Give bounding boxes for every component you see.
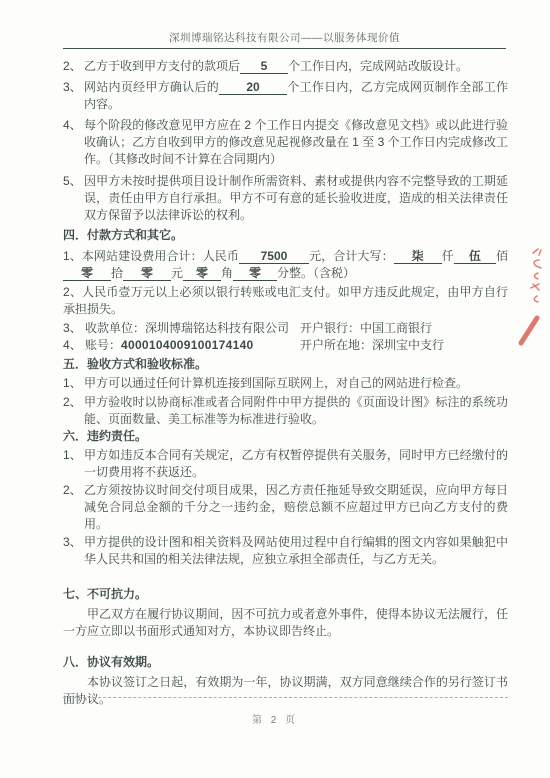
item-number: 1、 [63, 375, 82, 392]
footer-divider [63, 697, 508, 698]
filled-blank: 7500 [239, 250, 309, 264]
filled-blank: 伍 [454, 250, 496, 264]
list-item: 3、 网站内页经甲方确认后的20个工作日内，乙方完成网页制作全部工作内容。 [63, 79, 508, 113]
item-text: 甲方可以通过任何计算机连接到国际互联网上，对自己的网站进行检查。 [84, 376, 468, 390]
account-number: 4、 账号：4000104009100174140 [63, 337, 300, 354]
item-text: 甲方提供的设计图和相关资料及网站使用过程中自行编辑的图文内容如果触犯中华人民共和… [84, 535, 508, 566]
list-item: 2、 乙方须按协议时间交付项目成果，因乙方责任拖延导致交期延误，应向甲方每日减免… [63, 482, 508, 533]
item-text: 甲方验收时以协商标准或者合同附件中甲方提供的《页面设计图》标注的系统功能、页面数… [84, 395, 508, 426]
filled-blank: 5 [240, 60, 288, 74]
item-number: 4、 [63, 117, 82, 134]
item-number: 2、 [63, 58, 82, 75]
list-item: 2、 乙方于收到甲方支付的款项后5个工作日内，完成网站改版设计。 [63, 58, 508, 75]
list-item: 2、 甲方验收时以协商标准或者合同附件中甲方提供的《页面设计图》标注的系统功能、… [63, 394, 508, 428]
item-text: 乙方须按协议时间交付项目成果，因乙方责任拖延导致交期延误，应向甲方每日减免合同总… [84, 483, 508, 531]
section-heading-breach: 六．违约责任。 [63, 428, 508, 445]
bold-value: 4000104009100174140 [121, 338, 254, 352]
item-number: 2、 [63, 394, 82, 411]
item-number: 3、 [63, 79, 82, 96]
list-item: 5、 因甲方未按时提供项目设计制作所需资料、素材或提供内容不完整导致的工期延误，… [63, 173, 508, 224]
page-header-title: 深圳博瑞铭达科技有限公司——以服务体现价值 [63, 30, 506, 49]
item-text: 甲方如违反本合同有关规定，乙方有权暂停提供有关服务，同时甲方已经缴付的一切费用将… [84, 448, 508, 479]
bank-name: 开户银行：中国工商银行 [300, 320, 508, 337]
item-text: 乙方于收到甲方支付的款项后5个工作日内，完成网站改版设计。 [84, 59, 468, 73]
section-heading-validity: 八．协议有效期。 [63, 654, 508, 671]
item-text: 因甲方未按时提供项目设计制作所需资料、素材或提供内容不完整导致的工期延误，责任由… [84, 174, 508, 222]
validity-paragraph: 本协议签订之日起，有效期为一年，协议期满，双方同意继续合作的另行签订书面协议。 [63, 674, 508, 708]
document-body: 2、 乙方于收到甲方支付的款项后5个工作日内，完成网站改版设计。 3、 网站内页… [63, 58, 508, 708]
page-number: 第 2 页 [0, 711, 550, 726]
section-heading-acceptance: 五．验收方式和验收标准。 [63, 356, 508, 373]
item-number: 1、 [63, 447, 82, 464]
section-heading-payment: 四．付款方式和其它。 [63, 227, 508, 244]
filled-blank: 零 [123, 267, 171, 281]
payment-total-line: 1、本网站建设费用合计：人民币7500元，合计大写：柒仟伍佰零拾零元零角零分整。… [63, 248, 508, 282]
filled-blank: 零 [233, 267, 277, 281]
filled-blank: 零 [183, 267, 221, 281]
section-heading-force-majeure: 七、不可抗力。 [63, 586, 508, 603]
force-majeure-paragraph: 甲乙双方在履行协议期间，因不可抗力或者意外事件，使得本协议无法履行，任一方应立即… [63, 606, 508, 640]
list-item: 4、 每个阶段的修改意见甲方应在 2 个工作日内提交《修改意见文档》或以此进行验… [63, 117, 508, 168]
account-row: 4、 账号：4000104009100174140 开户所在地：深圳宝中支行 [63, 337, 508, 354]
bank-branch: 开户所在地：深圳宝中支行 [300, 337, 508, 354]
contract-page: 深圳博瑞铭达科技有限公司——以服务体现价值 2、 乙方于收到甲方支付的款项后5个… [0, 0, 550, 778]
filled-blank: 20 [219, 81, 287, 95]
item-number: 5、 [63, 173, 82, 190]
filled-blank: 柒 [394, 250, 442, 264]
list-item: 1、 甲方如违反本合同有关规定，乙方有权暂停提供有关服务，同时甲方已经缴付的一切… [63, 447, 508, 481]
list-item: 3、 甲方提供的设计图和相关资料及网站使用过程中自行编辑的图文内容如果触犯中华人… [63, 534, 508, 568]
red-handwriting-mark [514, 246, 546, 356]
payee-row: 3、 收款单位：深圳博瑞铭达科技有限公司 开户银行：中国工商银行 [63, 320, 508, 337]
filled-blank: 零 [63, 267, 111, 281]
item-number: 2、 [63, 482, 82, 499]
list-item: 1、 甲方可以通过任何计算机连接到国际互联网上，对自己的网站进行检查。 [63, 375, 508, 392]
item-text: 网站内页经甲方确认后的20个工作日内，乙方完成网页制作全部工作内容。 [84, 80, 508, 111]
payee-name: 3、 收款单位：深圳博瑞铭达科技有限公司 [63, 320, 300, 337]
item-number: 3、 [63, 534, 82, 551]
item-text: 每个阶段的修改意见甲方应在 2 个工作日内提交《修改意见文档》或以此进行验收确认… [84, 118, 508, 166]
payment-transfer-rule: 2、人民币壹万元以上必须以银行转账或电汇支付。如甲方违反此规定，由甲方自行承担损… [63, 284, 508, 318]
